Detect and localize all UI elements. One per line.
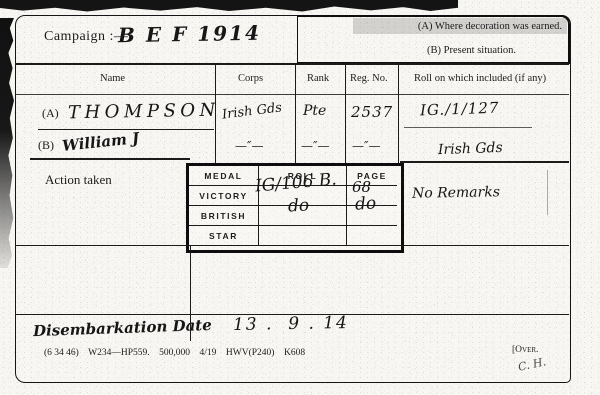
rule-below-medal-table xyxy=(15,245,569,246)
column-header-name: Name xyxy=(100,73,125,84)
divider-rank-regno xyxy=(345,64,346,163)
row-a-prefix: (A) xyxy=(42,106,59,121)
row-b-reg-no-ditto: —″— xyxy=(352,139,380,153)
scan-artifact-fold-line xyxy=(547,170,548,215)
column-header-corps: Corps xyxy=(238,73,263,84)
row-b-corps-ditto: —″— xyxy=(235,139,263,153)
column-header-rank: Rank xyxy=(307,73,329,84)
column-header-roll: Roll on which included (if any) xyxy=(414,73,546,84)
campaign-value-handwritten: B E F 1914 xyxy=(118,21,261,47)
divider-regno-roll xyxy=(398,64,399,163)
disembarkation-date-handwritten: 13 . 9 . 14 xyxy=(233,313,349,335)
notes-box: (A) Where decoration was earned. (B) Pre… xyxy=(297,15,570,64)
row-a-roll-underline xyxy=(404,127,532,128)
row-b-name-underline xyxy=(30,158,190,160)
row-a-rank-handwritten: Pte xyxy=(303,103,326,119)
column-header-reg-no: Reg. No. xyxy=(350,73,388,84)
footer-over-label: [Over. xyxy=(512,345,538,355)
row-b-rank-ditto: —″— xyxy=(301,139,329,153)
british-page-value-handwritten: do xyxy=(354,193,376,214)
divider-corps-rank xyxy=(295,64,296,163)
row-a-name-handwritten: THOMPSON xyxy=(68,100,220,124)
row-a-roll-handwritten: IG./1/127 xyxy=(420,99,500,120)
row-a-reg-no-handwritten: 2537 xyxy=(351,103,393,121)
british-roll-value-handwritten: do xyxy=(287,195,309,216)
rule-under-campaign xyxy=(15,63,569,65)
rule-under-headers xyxy=(15,94,569,95)
medal-row-star-roll-cell xyxy=(259,226,347,246)
scan-artifact-top-strip xyxy=(0,0,458,13)
note-present-situation: (B) Present situation. xyxy=(427,45,516,56)
note-where-decoration-earned: (A) Where decoration was earned. xyxy=(418,21,562,32)
medal-table-header-medal: MEDAL xyxy=(189,166,259,186)
campaign-label: Campaign :— xyxy=(44,29,128,45)
medal-row-british-label: BRITISH xyxy=(189,206,259,226)
medal-index-card-scan: (A) Where decoration was earned. (B) Pre… xyxy=(0,0,600,395)
remarks-handwritten: No Remarks xyxy=(412,184,500,202)
medal-row-star-page-cell xyxy=(347,226,397,246)
medal-row-victory-label: VICTORY xyxy=(189,186,259,206)
row-b-roll-underline xyxy=(400,161,569,163)
footer-print-code: (6 34 46) W234—HP559. 500,000 4/19 HWV(P… xyxy=(44,348,305,358)
scan-artifact-left-strip xyxy=(0,18,14,268)
medal-row-star-label: STAR xyxy=(189,226,259,246)
row-b-roll-handwritten: Irish Gds xyxy=(438,140,503,158)
row-b-prefix: (B) xyxy=(38,138,54,153)
action-taken-label: Action taken xyxy=(45,172,112,188)
